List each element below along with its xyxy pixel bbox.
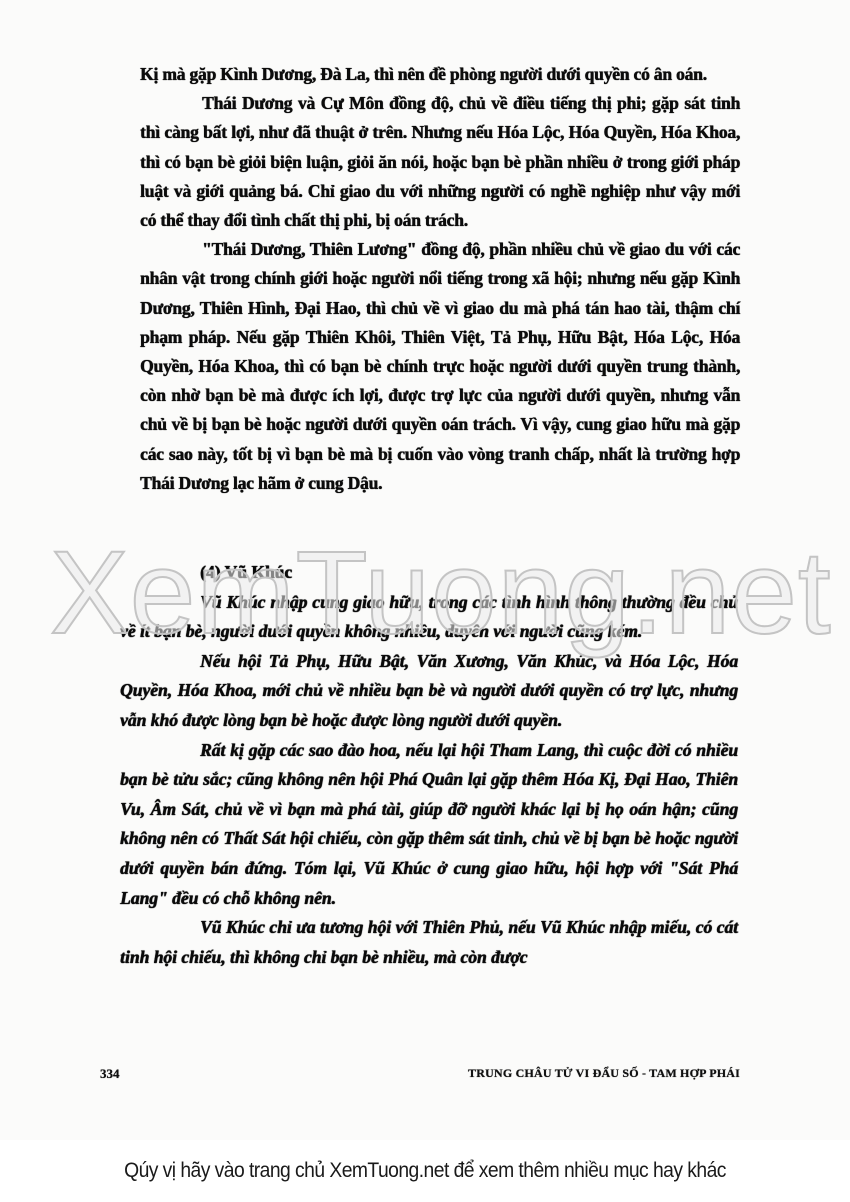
section-heading: (4) Vũ Khúc [120,558,738,588]
page-number: 334 [100,1066,120,1082]
promo-banner: Qúy vị hãy vào trang chủ XemTuong.net để… [34,1140,816,1202]
section-paragraph: Nếu hội Tả Phụ, Hữu Bật, Văn Xương, Văn … [120,647,738,736]
running-footer-title: Trung Châu Tử Vi Đẩu Số - Tam Hợp Phái [468,1066,740,1081]
paragraph-thai-duong-thien-luong: "Thái Dương, Thiên Lương" đồng độ, phần … [140,235,740,498]
top-text-block: Kị mà gặp Kình Dương, Đà La, thì nên đề … [140,60,740,498]
section-paragraph: Rất kị gặp các sao đào hoa, nếu lại hội … [120,736,738,914]
section-paragraph: Vũ Khúc chỉ ưa tương hội với Thiên Phủ, … [120,913,738,972]
paragraph-continuation: Kị mà gặp Kình Dương, Đà La, thì nên đề … [140,60,740,89]
section-paragraph: Vũ Khúc nhập cung giao hữu, trong các tì… [120,588,738,647]
paragraph-thai-duong-cu-mon: Thái Dương và Cự Môn đồng độ, chủ về điề… [140,89,740,235]
scanned-book-page: Kị mà gặp Kình Dương, Đà La, thì nên đề … [0,0,850,1140]
section-vu-khuc: (4) Vũ Khúc Vũ Khúc nhập cung giao hữu, … [120,558,738,972]
